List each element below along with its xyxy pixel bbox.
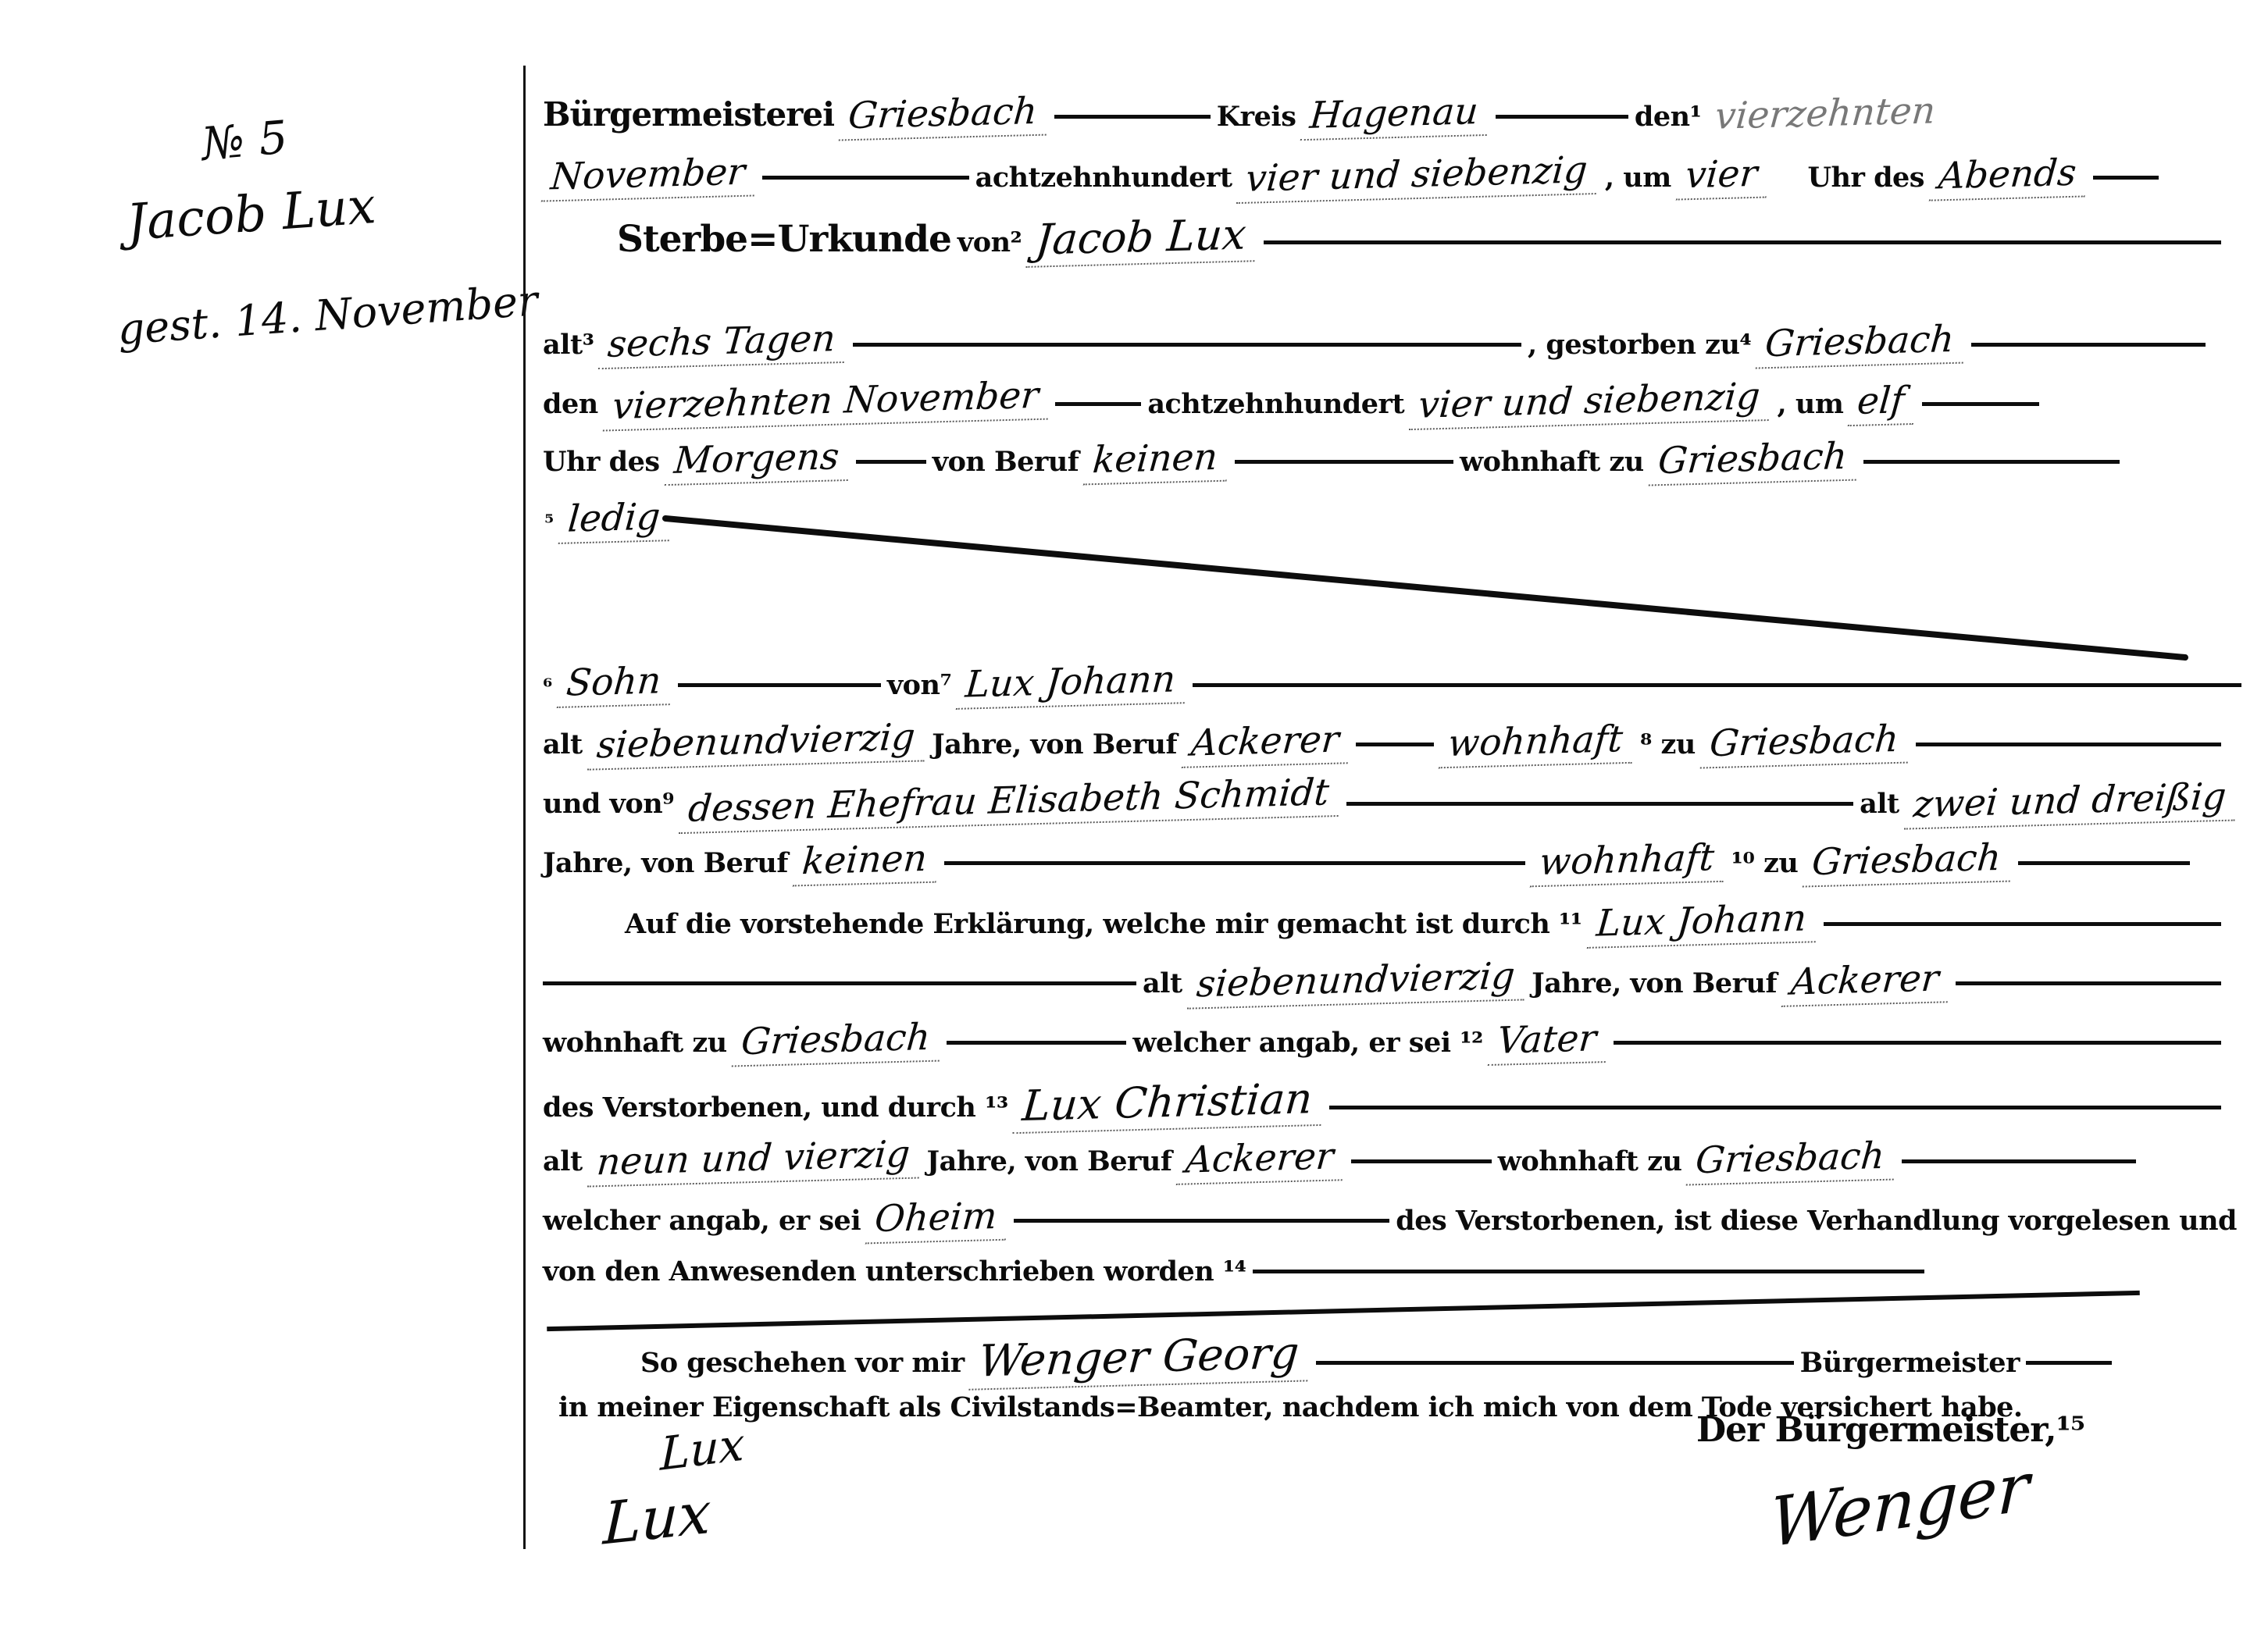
fill-line bbox=[856, 460, 926, 464]
declarant-relation-entry: Vater bbox=[1488, 1017, 1609, 1066]
um-label: , um bbox=[1605, 162, 1671, 194]
year-label: achtzehnhundert bbox=[975, 162, 1232, 194]
uhr-des-label: Uhr des bbox=[1807, 162, 1924, 194]
declarant-residence-entry: Griesbach bbox=[731, 1015, 942, 1067]
jahre-beruf-label: Jahre, von Beruf bbox=[932, 728, 1177, 760]
margin-record-number: № 5 bbox=[199, 110, 290, 170]
fill-line bbox=[1916, 743, 2221, 746]
wohnhaft-hw-entry-2: wohnhaft bbox=[1530, 836, 1727, 888]
fill-line bbox=[1014, 1219, 1389, 1223]
kreis-label: Kreis bbox=[1217, 101, 1296, 133]
und-von9-label: und von⁹ bbox=[543, 788, 674, 820]
witness-age-entry: neun und vierzig bbox=[587, 1132, 922, 1187]
age-entry: sechs Tagen bbox=[598, 317, 848, 369]
beruf-entry: keinen bbox=[1083, 436, 1230, 486]
sup5-label: ⁵ bbox=[544, 510, 554, 536]
fill-line bbox=[1316, 1361, 1794, 1365]
witness-residence-entry: Griesbach bbox=[1686, 1134, 1897, 1185]
margin-death-date-note: gest. 14. November bbox=[116, 276, 539, 354]
year-label-2: achtzehnhundert bbox=[1147, 388, 1404, 420]
death-place-entry: Griesbach bbox=[1756, 317, 1967, 369]
alt-label-4: alt bbox=[1143, 967, 1182, 999]
fill-line bbox=[1264, 240, 2221, 244]
fill-line bbox=[1054, 115, 1211, 119]
fill-line bbox=[2018, 861, 2190, 865]
deceased-name-entry: Jacob Lux bbox=[1026, 209, 1260, 268]
fill-line bbox=[1253, 1270, 1924, 1273]
death-hour-entry: elf bbox=[1848, 379, 1917, 426]
wohnhaft-hw-entry: wohnhaft bbox=[1439, 718, 1635, 769]
fill-line bbox=[678, 683, 881, 687]
fill-line bbox=[1956, 981, 2221, 985]
mother-entry: dessen Ehefrau Elisabeth Schmidt bbox=[679, 771, 1342, 834]
jahre-beruf-label-4: Jahre, von Beruf bbox=[927, 1145, 1172, 1177]
relation-entry: Sohn bbox=[556, 659, 673, 708]
official-signature: Wenger bbox=[1769, 1448, 2031, 1563]
burgermeister-label: Bürgermeister bbox=[1800, 1347, 2020, 1379]
alt-label-5: alt bbox=[543, 1145, 583, 1177]
fill-line bbox=[762, 176, 969, 180]
verstorbenen-durch13-label: des Verstorbenen, und durch ¹³ bbox=[543, 1092, 1008, 1124]
fill-line bbox=[1235, 460, 1453, 464]
zu8-label: ⁸ zu bbox=[1640, 728, 1696, 760]
document-title: Sterbe=Urkunde bbox=[617, 218, 951, 261]
father-age-entry: siebenundvierzig bbox=[587, 715, 927, 770]
fill-line bbox=[1824, 922, 2221, 926]
fill-line bbox=[1193, 683, 2241, 687]
angab-label-2: welcher angab, er sei bbox=[543, 1205, 861, 1237]
alt-label-2: alt bbox=[543, 728, 583, 760]
von-label: von² bbox=[957, 226, 1022, 258]
fill-line bbox=[1329, 1106, 2221, 1109]
fill-line bbox=[944, 861, 1525, 865]
um-label-2: , um bbox=[1778, 388, 1844, 420]
fill-line bbox=[1351, 1159, 1492, 1163]
fill-line bbox=[1055, 402, 1141, 406]
alt-label: alt³ bbox=[543, 329, 594, 361]
fill-line bbox=[1863, 460, 2120, 464]
witness-signature-2: Lux bbox=[602, 1479, 712, 1558]
document-month-entry: November bbox=[541, 150, 758, 201]
death-year-entry: vier und siebenzig bbox=[1409, 375, 1773, 430]
jahre-beruf-label-2: Jahre, von Beruf bbox=[543, 847, 788, 879]
wohnhaft-label-3: wohnhaft zu bbox=[1498, 1145, 1682, 1177]
fill-line bbox=[1614, 1041, 2221, 1045]
declarant-age-entry: siebenundvierzig bbox=[1186, 954, 1527, 1009]
margin-deceased-name: Jacob Lux bbox=[125, 177, 378, 252]
death-day-entry: vierzehnten November bbox=[602, 373, 1050, 431]
sup6-label: ⁶ bbox=[543, 674, 552, 700]
den-label: den¹ bbox=[1635, 101, 1702, 133]
declarant-name-entry: Lux Johann bbox=[1586, 896, 1818, 949]
bureau-entry: Griesbach bbox=[839, 89, 1050, 141]
declaration-intro-label: Auf die vorstehende Erklärung, welche mi… bbox=[625, 908, 1582, 940]
fill-line bbox=[543, 981, 1136, 985]
mother-age-entry: zwei und dreißig bbox=[1903, 775, 2238, 829]
document-year-entry: vier und siebenzig bbox=[1236, 148, 1600, 204]
mother-beruf-entry: keinen bbox=[793, 837, 940, 887]
von7-label: von⁷ bbox=[887, 669, 951, 701]
document-daytime-entry: Abends bbox=[1929, 151, 2089, 201]
so-geschehen-label: So geschehen vor mir bbox=[640, 1347, 965, 1379]
uhr-des-label-2: Uhr des bbox=[543, 446, 660, 478]
column-divider-line bbox=[523, 66, 526, 1549]
father-residence-entry: Griesbach bbox=[1700, 717, 1911, 768]
fill-line bbox=[947, 1041, 1126, 1045]
zu10-label: ¹⁰ zu bbox=[1731, 847, 1799, 879]
angab12-label: welcher angab, er sei ¹² bbox=[1132, 1027, 1482, 1059]
der-burgermeister-label: Der Bürgermeister,¹⁵ bbox=[1696, 1410, 2084, 1450]
document-day-entry: vierzehnten bbox=[1706, 89, 1948, 140]
fill-line bbox=[1922, 402, 2039, 406]
fill-line bbox=[1356, 743, 1434, 746]
father-beruf-entry: Ackerer bbox=[1182, 718, 1352, 768]
fill-line bbox=[1346, 802, 1854, 806]
marital-status-entry: ledig bbox=[558, 495, 672, 544]
residence-entry: Griesbach bbox=[1648, 434, 1859, 486]
death-certificate-scan: № 5 Jacob Lux gest. 14. November Bürgerm… bbox=[0, 0, 2268, 1649]
witness-beruf-entry: Ackerer bbox=[1176, 1134, 1346, 1185]
document-hour-entry: vier bbox=[1675, 151, 1769, 200]
wohnhaft-label-2: wohnhaft zu bbox=[543, 1027, 727, 1059]
fill-line bbox=[1971, 343, 2206, 347]
death-daytime-entry: Morgens bbox=[664, 435, 851, 486]
kreis-entry: Hagenau bbox=[1300, 90, 1491, 141]
beruf-label: von Beruf bbox=[933, 446, 1079, 478]
witness-signature-1: Lux bbox=[660, 1417, 745, 1481]
bureau-label: Bürgermeisterei bbox=[543, 95, 834, 134]
witness-relation-entry: Oheim bbox=[865, 1195, 1010, 1245]
section-divider-line bbox=[547, 1291, 2140, 1331]
wohnhaft-label: wohnhaft zu bbox=[1460, 446, 1644, 478]
verhandlung-label: des Verstorbenen, ist diese Verhandlung … bbox=[1396, 1205, 2237, 1237]
jahre-beruf-label-3: Jahre, von Beruf bbox=[1532, 967, 1777, 999]
fill-line bbox=[2026, 1361, 2112, 1365]
official-name-entry: Wenger Georg bbox=[968, 1327, 1311, 1391]
fill-line bbox=[2093, 176, 2159, 180]
fill-line bbox=[1496, 115, 1628, 119]
declarant-beruf-entry: Ackerer bbox=[1781, 956, 1952, 1007]
fill-line bbox=[853, 343, 1521, 347]
mother-residence-entry: Griesbach bbox=[1803, 835, 2013, 887]
witness-name-entry: Lux Christian bbox=[1012, 1074, 1325, 1134]
fill-line bbox=[1902, 1159, 2136, 1163]
unterschrieben-label: von den Anwesenden unterschrieben worden… bbox=[543, 1255, 1246, 1288]
den-label-2: den bbox=[543, 388, 598, 420]
father-name-entry: Lux Johann bbox=[956, 657, 1188, 710]
died-at-label: , gestorben zu⁴ bbox=[1528, 329, 1751, 361]
alt-label-3: alt bbox=[1860, 788, 1899, 820]
